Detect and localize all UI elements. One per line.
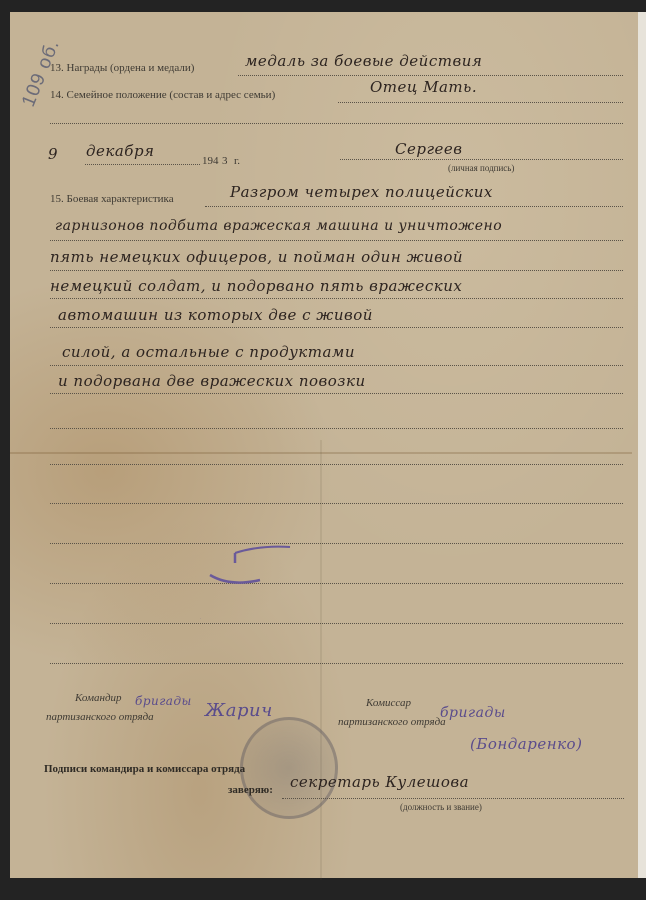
combat-line-2	[50, 270, 623, 271]
combat-line-13	[50, 663, 623, 664]
personal-signature: Сергеев	[395, 140, 463, 158]
combat-line-6	[50, 393, 623, 394]
combat-line-5	[50, 365, 623, 366]
certification-line	[282, 798, 624, 799]
blank-line	[50, 123, 623, 124]
combat-line-9	[50, 503, 623, 504]
commissar-signature: (Бондаренко)	[470, 735, 582, 753]
commissar-title: Комиссар	[366, 697, 411, 709]
combat-line-1	[50, 240, 623, 241]
combat-label: 15. Боевая характеристика	[50, 193, 174, 205]
combat-text-5: силой, а остальные с продуктами	[62, 343, 355, 361]
combat-line-10	[50, 543, 623, 544]
combat-line-3	[50, 298, 623, 299]
certification-certify: заверяю:	[228, 784, 273, 796]
cancel-mark-icon	[200, 535, 300, 625]
date-day: 9	[48, 145, 58, 163]
family-label: 14. Семейное положение (состав и адрес с…	[50, 89, 275, 101]
combat-line-0	[205, 206, 623, 207]
page-edge	[638, 12, 646, 878]
combat-line-12	[50, 623, 623, 624]
certification-label: Подписи командира и комиссара отряда	[44, 763, 245, 775]
fold-crease-vertical	[320, 440, 322, 880]
combat-text-4: автомашин из которых две с живой	[58, 306, 373, 324]
signature-caption: (личная подпись)	[448, 163, 514, 173]
certification-value: секретарь Кулешова	[290, 773, 469, 791]
commissar-subtitle: партизанского отряда	[338, 716, 446, 728]
signature-line	[340, 159, 623, 160]
date-month: декабря	[86, 142, 154, 160]
combat-text-6: и подорвана две вражеских повозки	[58, 372, 366, 390]
date-suffix: г.	[234, 155, 240, 167]
combat-text-0: Разгром четырех полицейских	[230, 183, 493, 201]
certification-caption: (должность и звание)	[400, 802, 482, 812]
family-value: Отец Мать.	[370, 78, 477, 96]
awards-line	[238, 75, 623, 76]
family-line	[338, 102, 623, 103]
combat-line-8	[50, 464, 623, 465]
combat-text-3: немецкий солдат, и подорвано пять вражес…	[50, 277, 462, 295]
date-line	[85, 164, 200, 165]
commander-signature: Жарич	[205, 700, 273, 721]
commander-unit-handwritten: бригады	[135, 694, 192, 708]
awards-label: 13. Награды (ордена и медали)	[50, 62, 194, 74]
combat-line-11	[50, 583, 623, 584]
combat-line-4	[50, 327, 623, 328]
official-seal	[240, 717, 338, 819]
combat-text-2: пять немецких офицеров, и пойман один жи…	[50, 248, 463, 266]
commissar-unit-handwritten: бригады	[440, 705, 506, 721]
combat-text-1: гарнизонов подбита вражеская машина и ун…	[55, 218, 502, 234]
commander-title: Командир	[75, 692, 122, 704]
commander-subtitle: партизанского отряда	[46, 711, 154, 723]
date-year-printed: 194	[202, 155, 219, 167]
awards-value: медаль за боевые действия	[245, 52, 482, 70]
date-year-hand: 3	[222, 155, 228, 167]
combat-line-7	[50, 428, 623, 429]
